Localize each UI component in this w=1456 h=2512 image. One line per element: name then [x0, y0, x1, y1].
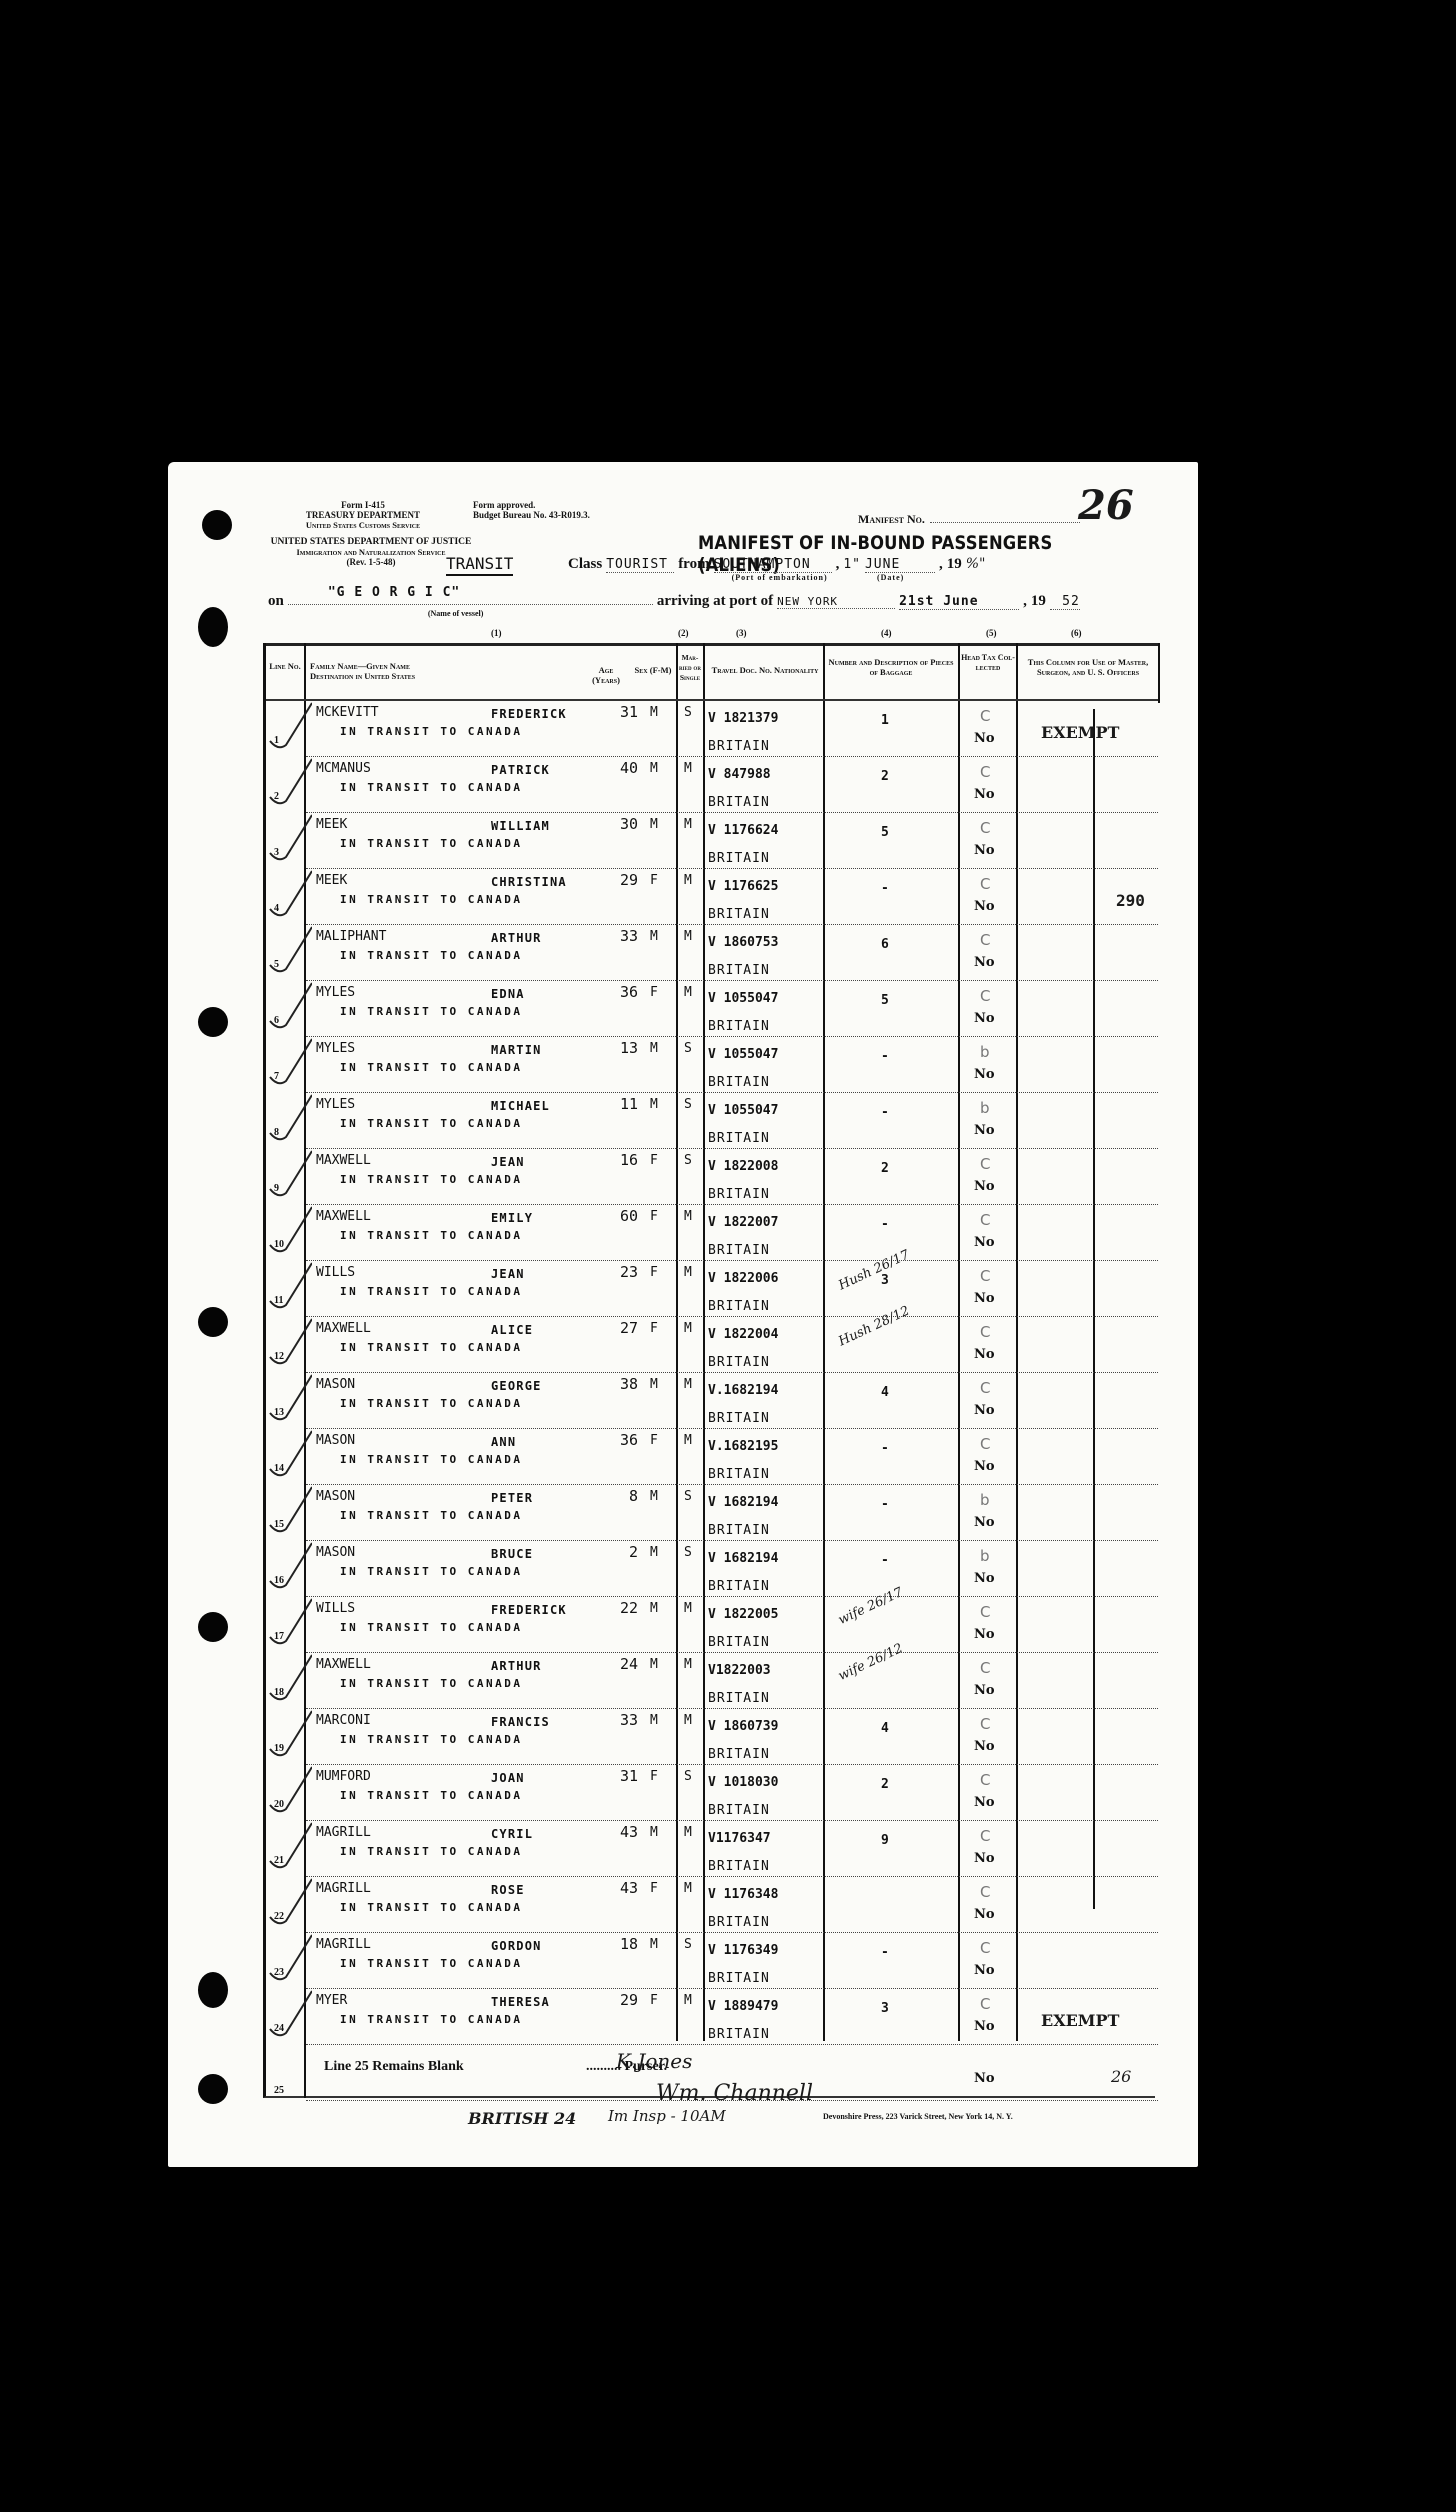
baggage-count: -: [881, 1217, 889, 1232]
travel-doc-number: V 1821379: [708, 711, 778, 726]
sex: M: [650, 1937, 658, 1952]
baggage-count: 3: [881, 1273, 889, 1288]
head-tax-mark: C: [980, 1995, 990, 2013]
given-name: ROSE: [491, 1883, 525, 1897]
line-number: 11: [274, 1295, 283, 1306]
sex: F: [650, 1433, 658, 1448]
form-number-block: Form I-415 TREASURY DEPARTMENT United St…: [278, 500, 448, 530]
travel-doc-number: V 1822008: [708, 1159, 778, 1174]
head-tax-mark: C: [980, 1267, 990, 1285]
destination: IN TRANSIT TO CANADA: [340, 1005, 522, 1018]
officer-signature: Wm. Channell: [656, 2081, 813, 2106]
col-header-travel-doc: Travel Doc. No. Nationality: [711, 665, 819, 675]
given-name: JEAN: [491, 1267, 525, 1281]
travel-doc-number: V 1055047: [708, 1103, 778, 1118]
nationality: BRITAIN: [708, 2027, 770, 2042]
treasury-department: TREASURY DEPARTMENT: [278, 510, 448, 520]
destination: IN TRANSIT TO CANADA: [340, 781, 522, 794]
head-tax-mark: C: [980, 875, 990, 893]
sex: M: [650, 1377, 658, 1392]
destination: IN TRANSIT TO CANADA: [340, 1117, 522, 1130]
baggage-count: 2: [881, 1161, 889, 1176]
sex: F: [650, 1321, 658, 1336]
baggage-count: 3: [881, 2001, 889, 2016]
printer-imprint: Devonshire Press, 223 Varick Street, New…: [823, 2112, 1013, 2121]
col-header-head-tax: Head Tax Col-lected: [960, 653, 1016, 673]
travel-doc-number: V1822003: [708, 1663, 771, 1678]
head-tax-value: No: [974, 1235, 995, 1250]
footer-note-british: BRITISH 24: [468, 2109, 576, 2128]
marital-status: S: [684, 1545, 692, 1560]
given-name: CHRISTINA: [491, 875, 567, 889]
class-value: TOURIST: [606, 557, 674, 573]
vessel-name: "G E O R G I C": [328, 585, 460, 600]
class-label: Class: [568, 556, 602, 573]
baggage-count: -: [881, 1441, 889, 1456]
family-name: MYLES: [316, 1097, 355, 1112]
line-number: 7: [274, 1071, 279, 1082]
head-tax-value: No: [974, 787, 995, 802]
given-name: ARTHUR: [491, 931, 542, 945]
family-name: MASON: [316, 1377, 355, 1392]
family-name: WILLS: [316, 1265, 355, 1280]
family-name: MAXWELL: [316, 1209, 371, 1224]
age: 30: [616, 815, 638, 833]
table-row-13: 13 MASON GEORGE IN TRANSIT TO CANADA 38 …: [266, 1373, 1158, 1429]
customs-service: United States Customs Service: [278, 520, 448, 530]
line-number: 12: [274, 1351, 284, 1362]
age: 43: [616, 1879, 638, 1897]
destination: IN TRANSIT TO CANADA: [340, 893, 522, 906]
table-row-20: 20 MUMFORD JOAN IN TRANSIT TO CANADA 31 …: [266, 1765, 1158, 1821]
table-row-8: 8 MYLES MICHAEL IN TRANSIT TO CANADA 11 …: [266, 1093, 1158, 1149]
sex: F: [650, 873, 658, 888]
marital-status: S: [684, 1153, 692, 1168]
table-row-6: 6 MYLES EDNA IN TRANSIT TO CANADA 36 F M…: [266, 981, 1158, 1037]
family-name: MCKEVITT: [316, 705, 379, 720]
travel-doc-number: V 1055047: [708, 1047, 778, 1062]
family-name: MAXWELL: [316, 1657, 371, 1672]
marital-status: S: [684, 1937, 692, 1952]
table-row-12: 12 MAXWELL ALICE IN TRANSIT TO CANADA 27…: [266, 1317, 1158, 1373]
date-caption: (Date): [877, 573, 904, 582]
sex: F: [650, 1993, 658, 2008]
table-row-10: 10 MAXWELL EMILY IN TRANSIT TO CANADA 60…: [266, 1205, 1158, 1261]
passenger-table: (1) (2) (3) (4) (5) (6) Line No. Family …: [263, 643, 1155, 2098]
line-number: 6: [274, 1015, 279, 1026]
travel-doc-number: V 1176349: [708, 1943, 778, 1958]
head-tax-value: No: [974, 1403, 995, 1418]
line-number: 8: [274, 1127, 279, 1138]
sex: M: [650, 1097, 658, 1112]
age: 40: [616, 759, 638, 777]
line-number: 3: [274, 847, 279, 858]
given-name: GORDON: [491, 1939, 542, 1953]
travel-doc-number: V.1682194: [708, 1383, 778, 1398]
nationality: BRITAIN: [708, 1635, 770, 1650]
given-name: THERESA: [491, 1995, 550, 2009]
age: 22: [616, 1599, 638, 1617]
sex: M: [650, 1601, 658, 1616]
destination: IN TRANSIT TO CANADA: [340, 1397, 522, 1410]
head-tax-mark: b: [980, 1491, 990, 1509]
purser-signature: K.Jones: [616, 2049, 692, 2073]
head-tax-mark: C: [980, 987, 990, 1005]
age: 38: [616, 1375, 638, 1393]
sex: F: [650, 1153, 658, 1168]
travel-doc-number: V1176347: [708, 1831, 771, 1846]
binder-hole: [202, 510, 232, 540]
head-tax-value: No: [974, 1179, 995, 1194]
line-number: 15: [274, 1519, 284, 1530]
head-tax-mark: C: [980, 1939, 990, 1957]
baggage-count: 5: [881, 825, 889, 840]
line-number: 20: [274, 1799, 284, 1810]
age: 33: [616, 927, 638, 945]
travel-doc-number: V 1055047: [708, 991, 778, 1006]
family-name: MASON: [316, 1433, 355, 1448]
line-number: 22: [274, 1911, 284, 1922]
head-tax-value: No: [974, 1963, 995, 1978]
manifest-no-label: Manifest No.: [858, 512, 925, 526]
given-name: JOAN: [491, 1771, 525, 1785]
travel-doc-number: V 1889479: [708, 1999, 778, 2014]
marital-status: S: [684, 1769, 692, 1784]
travel-doc-number: V 1176624: [708, 823, 778, 838]
travel-doc-number: V 1682194: [708, 1551, 778, 1566]
travel-doc-number: V 847988: [708, 767, 771, 782]
table-row-24: 24 MYER THERESA IN TRANSIT TO CANADA 29 …: [266, 1989, 1158, 2045]
marital-status: M: [684, 1321, 692, 1336]
head-tax-mark: C: [980, 1827, 990, 1845]
head-tax-value: No: [974, 1011, 995, 1026]
approval-block: Form approved. Budget Bureau No. 43-R019…: [473, 500, 590, 520]
col-header-officers: This Column for Use of Master, Surgeon, …: [1020, 657, 1156, 677]
nationality: BRITAIN: [708, 1523, 770, 1538]
head-tax-mark: C: [980, 1771, 990, 1789]
col-num-1: (1): [491, 628, 502, 638]
head-tax-mark: C: [980, 1715, 990, 1733]
baggage-count: 5: [881, 993, 889, 1008]
marital-status: M: [684, 817, 692, 832]
table-row-5: 5 MALIPHANT ARTHUR IN TRANSIT TO CANADA …: [266, 925, 1158, 981]
nationality: BRITAIN: [708, 1187, 770, 1202]
table-row-2: 2 MCMANUS PATRICK IN TRANSIT TO CANADA 4…: [266, 757, 1158, 813]
destination: IN TRANSIT TO CANADA: [340, 1565, 522, 1578]
line-number: 10: [274, 1239, 284, 1250]
head-tax-mark: C: [980, 931, 990, 949]
destination: IN TRANSIT TO CANADA: [340, 1509, 522, 1522]
head-tax-value: No: [974, 1907, 995, 1922]
nationality: BRITAIN: [708, 1915, 770, 1930]
given-name: PETER: [491, 1491, 533, 1505]
baggage-count: -: [881, 1049, 889, 1064]
from-label: from: [678, 556, 709, 573]
footer-note-inspector: Im Insp - 10AM: [608, 2107, 726, 2125]
baggage-count: 9: [881, 1833, 889, 1848]
nationality: BRITAIN: [708, 1243, 770, 1258]
nationality: BRITAIN: [708, 1803, 770, 1818]
age: 43: [616, 1823, 638, 1841]
age: 36: [616, 983, 638, 1001]
col-header-married: Mar-ried or Single: [677, 653, 703, 683]
line-number: 23: [274, 1967, 284, 1978]
nationality: BRITAIN: [708, 1075, 770, 1090]
family-name: MCMANUS: [316, 761, 371, 776]
travel-doc-number: V 1860739: [708, 1719, 778, 1734]
age: 16: [616, 1151, 638, 1169]
family-name: MAXWELL: [316, 1153, 371, 1168]
given-name: ANN: [491, 1435, 516, 1449]
table-row-9: 9 MAXWELL JEAN IN TRANSIT TO CANADA 16 F…: [266, 1149, 1158, 1205]
line-number: 18: [274, 1687, 284, 1698]
destination: IN TRANSIT TO CANADA: [340, 1061, 522, 1074]
manifest-number-value: 26: [1078, 482, 1134, 529]
marital-status: M: [684, 761, 692, 776]
given-name: EDNA: [491, 987, 525, 1001]
line-number: 19: [274, 1743, 284, 1754]
line-number: 16: [274, 1575, 284, 1586]
manifest-page: Form I-415 TREASURY DEPARTMENT United St…: [168, 462, 1198, 2167]
embark-year-prefix: 19: [947, 556, 962, 573]
nationality: BRITAIN: [708, 1411, 770, 1426]
travel-doc-number: V 1822004: [708, 1327, 778, 1342]
age: 2: [616, 1543, 638, 1561]
sex: F: [650, 1209, 658, 1224]
head-tax-value: No: [974, 1571, 995, 1586]
officer-note: EXEMPT: [1041, 2011, 1119, 2030]
head-tax-mark: C: [980, 1883, 990, 1901]
officer-note: 290: [1116, 891, 1145, 910]
table-row-23: 23 MAGRILL GORDON IN TRANSIT TO CANADA 1…: [266, 1933, 1158, 1989]
line-number: 17: [274, 1631, 284, 1642]
marital-status: S: [684, 1041, 692, 1056]
embark-year: %": [966, 556, 986, 572]
marital-status: M: [684, 1657, 692, 1672]
travel-doc-number: V 1682194: [708, 1495, 778, 1510]
marital-status: M: [684, 1209, 692, 1224]
head-tax-mark: C: [980, 1379, 990, 1397]
given-name: FRANCIS: [491, 1715, 550, 1729]
age: 11: [616, 1095, 638, 1113]
age: 31: [616, 1767, 638, 1785]
nationality: BRITAIN: [708, 1747, 770, 1762]
head-tax-value: No: [974, 843, 995, 858]
baggage-count: -: [881, 1105, 889, 1120]
nationality: BRITAIN: [708, 1859, 770, 1874]
given-name: CYRIL: [491, 1827, 533, 1841]
table-row-19: 19 MARCONI FRANCIS IN TRANSIT TO CANADA …: [266, 1709, 1158, 1765]
marital-status: S: [684, 1097, 692, 1112]
sex: M: [650, 1489, 658, 1504]
head-tax-value: No: [974, 1627, 995, 1642]
given-name: ALICE: [491, 1323, 533, 1337]
given-name: FREDERICK: [491, 707, 567, 721]
table-row-22: 22 MAGRILL ROSE IN TRANSIT TO CANADA 43 …: [266, 1877, 1158, 1933]
nationality: BRITAIN: [708, 1579, 770, 1594]
head-tax-mark: C: [980, 1155, 990, 1173]
travel-doc-number: V 1822006: [708, 1271, 778, 1286]
line-number: 13: [274, 1407, 284, 1418]
given-name: EMILY: [491, 1211, 533, 1225]
col-num-3: (3): [736, 628, 747, 638]
head-tax-value: No: [974, 1795, 995, 1810]
head-tax-value: No: [974, 1459, 995, 1474]
port-caption: (Port of embarkation): [732, 573, 828, 582]
sex: F: [650, 985, 658, 1000]
line-number: 1: [274, 735, 279, 746]
line-number: 5: [274, 959, 279, 970]
family-name: MYER: [316, 1993, 347, 2008]
baggage-count: -: [881, 1497, 889, 1512]
destination: IN TRANSIT TO CANADA: [340, 1733, 522, 1746]
age: 29: [616, 1991, 638, 2009]
destination: IN TRANSIT TO CANADA: [340, 1845, 522, 1858]
line-number: 9: [274, 1183, 279, 1194]
travel-doc-number: V 1860753: [708, 935, 778, 950]
budget-bureau-no: Budget Bureau No. 43-R019.3.: [473, 510, 590, 520]
family-name: MYLES: [316, 985, 355, 1000]
marital-status: M: [684, 1993, 692, 2008]
given-name: ARTHUR: [491, 1659, 542, 1673]
nationality: BRITAIN: [708, 1131, 770, 1146]
col-header-baggage: Number and Description of Pieces of Bagg…: [826, 657, 956, 677]
line-number: 2: [274, 791, 279, 802]
head-tax-mark: b: [980, 1043, 990, 1061]
sex: M: [650, 929, 658, 944]
vessel-caption: (Name of vessel): [428, 609, 484, 618]
marital-status: M: [684, 1825, 692, 1840]
col-header-sex: Sex (F-M): [634, 665, 672, 675]
family-name: MUMFORD: [316, 1769, 371, 1784]
table-row-21: 21 MAGRILL CYRIL IN TRANSIT TO CANADA 43…: [266, 1821, 1158, 1877]
nationality: BRITAIN: [708, 1299, 770, 1314]
family-name: MAGRILL: [316, 1881, 371, 1896]
head-tax-value: No: [974, 1739, 995, 1754]
marital-status: M: [684, 873, 692, 888]
destination: IN TRANSIT TO CANADA: [340, 1453, 522, 1466]
age: 18: [616, 1935, 638, 1953]
col-header-age: Age (Years): [586, 665, 626, 685]
officer-note: EXEMPT: [1041, 723, 1119, 742]
binder-hole: [198, 1972, 228, 2008]
age: 8: [616, 1487, 638, 1505]
table-row-17: 17 WILLS FREDERICK IN TRANSIT TO CANADA …: [266, 1597, 1158, 1653]
class-from-line: Class TOURIST from SOUTHAMPTON (Port of …: [568, 556, 1158, 573]
head-tax-value: No: [974, 1683, 995, 1698]
travel-doc-number: V 1176348: [708, 1887, 778, 1902]
baggage-count: 2: [881, 1777, 889, 1792]
table-row-4: 4 MEEK CHRISTINA IN TRANSIT TO CANADA 29…: [266, 869, 1158, 925]
vessel-arrival-line: on "G E O R G I C" (Name of vessel) arri…: [268, 589, 1158, 610]
table-row-1: 1 MCKEVITT FREDERICK IN TRANSIT TO CANAD…: [266, 701, 1158, 757]
marital-status: M: [684, 1713, 692, 1728]
head-tax-mark: b: [980, 1547, 990, 1565]
arriving-label: arriving at port of: [657, 593, 773, 610]
family-name: MEEK: [316, 817, 347, 832]
age: 27: [616, 1319, 638, 1337]
head-tax-mark: C: [980, 1323, 990, 1341]
nationality: BRITAIN: [708, 1467, 770, 1482]
sex: M: [650, 1825, 658, 1840]
travel-doc-number: V 1018030: [708, 1775, 778, 1790]
head-tax-value: No: [974, 1067, 995, 1082]
head-tax-value: No: [974, 899, 995, 914]
head-tax-value: No: [974, 1851, 995, 1866]
age: 31: [616, 703, 638, 721]
destination: IN TRANSIT TO CANADA: [340, 1789, 522, 1802]
marital-status: M: [684, 985, 692, 1000]
destination: IN TRANSIT TO CANADA: [340, 1341, 522, 1354]
line25-remains-blank: Line 25 Remains Blank: [324, 2059, 464, 2075]
line-number: 21: [274, 1855, 284, 1866]
arrival-date: 21st June: [899, 594, 1019, 610]
family-name: MYLES: [316, 1041, 355, 1056]
sex: F: [650, 1769, 658, 1784]
baggage-count: -: [881, 1553, 889, 1568]
marital-status: M: [684, 1601, 692, 1616]
travel-doc-number: V 1822005: [708, 1607, 778, 1622]
embark-day: 1": [843, 557, 861, 572]
family-name: MASON: [316, 1545, 355, 1560]
given-name: FREDERICK: [491, 1603, 567, 1617]
head-tax-mark: C: [980, 763, 990, 781]
family-name: MAXWELL: [316, 1321, 371, 1336]
marital-status: M: [684, 1377, 692, 1392]
family-name: WILLS: [316, 1601, 355, 1616]
given-name: PATRICK: [491, 763, 550, 777]
line-number: 24: [274, 2023, 284, 2034]
table-row-3: 3 MEEK WILLIAM IN TRANSIT TO CANADA 30 M…: [266, 813, 1158, 869]
justice-department: UNITED STATES DEPARTMENT OF JUSTICE: [256, 537, 486, 547]
form-number: Form I-415: [278, 500, 448, 510]
head-tax-mark: C: [980, 819, 990, 837]
binder-hole: [198, 607, 228, 647]
sex: M: [650, 1545, 658, 1560]
head-tax-value: No: [974, 1123, 995, 1138]
age: 60: [616, 1207, 638, 1225]
embark-month: JUNE: [865, 557, 900, 572]
destination: IN TRANSIT TO CANADA: [340, 949, 522, 962]
nationality: BRITAIN: [708, 963, 770, 978]
given-name: BRUCE: [491, 1547, 533, 1561]
sex: M: [650, 761, 658, 776]
marital-status: M: [684, 929, 692, 944]
baggage-count: 4: [881, 1385, 889, 1400]
destination: IN TRANSIT TO CANADA: [340, 1901, 522, 1914]
family-name: MASON: [316, 1489, 355, 1504]
binder-hole: [198, 1007, 228, 1037]
baggage-count: 4: [881, 1721, 889, 1736]
col-num-6: (6): [1071, 628, 1082, 638]
travel-doc-number: V.1682195: [708, 1439, 778, 1454]
binder-hole: [198, 1612, 228, 1642]
travel-doc-number: V 1822007: [708, 1215, 778, 1230]
destination: IN TRANSIT TO CANADA: [340, 837, 522, 850]
sex: M: [650, 1657, 658, 1672]
sex: M: [650, 1713, 658, 1728]
binder-hole: [198, 1307, 228, 1337]
table-row-15: 15 MASON PETER IN TRANSIT TO CANADA 8 M …: [266, 1485, 1158, 1541]
head-tax-mark: C: [980, 1435, 990, 1453]
line-number: 4: [274, 903, 279, 914]
given-name: MICHAEL: [491, 1099, 550, 1113]
line-number: 14: [274, 1463, 284, 1474]
destination: IN TRANSIT TO CANADA: [340, 1677, 522, 1690]
sex: M: [650, 705, 658, 720]
col-header-name: Family Name—Given Name Destination in Un…: [310, 661, 450, 681]
head-tax-value: No: [974, 731, 995, 746]
